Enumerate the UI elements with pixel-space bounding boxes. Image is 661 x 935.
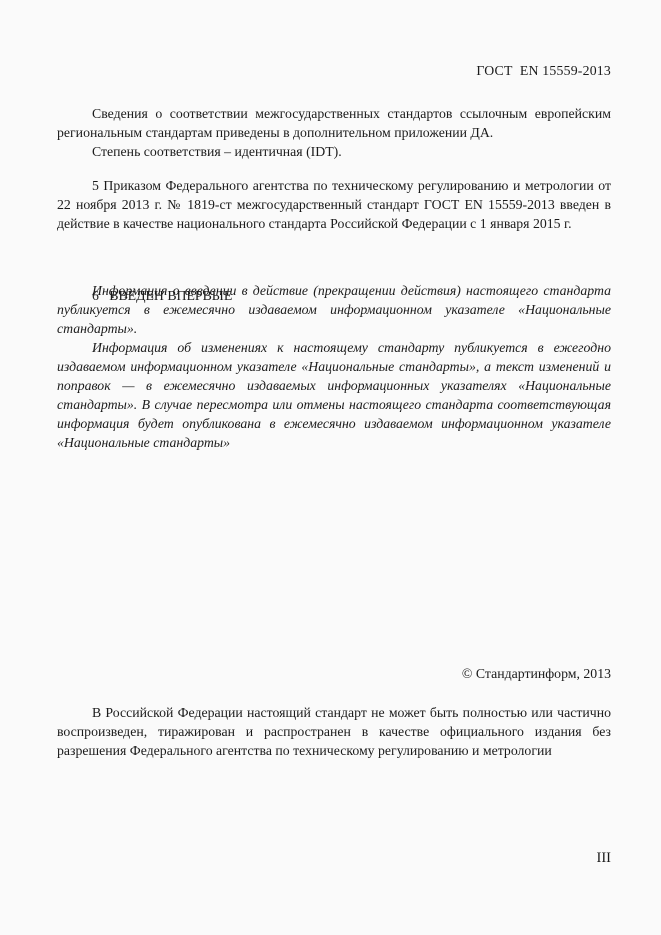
document-number-header: ГОСТ EN 15559-2013 [476,61,611,80]
copyright-line: © Стандартинформ, 2013 [57,664,611,683]
publication-notice-block-1: Информация о введении в действие (прекра… [57,281,611,338]
foreword-order-block: 5 Приказом Федерального агентства по тех… [57,176,611,233]
publication-notice-block-2: Информация об изменениях к настоящему ст… [57,338,611,452]
degree-of-correspondence-paragraph: Степень соответствия – идентичная (IDT). [57,142,611,161]
correspondence-paragraph: Сведения о соответствии межгосударственн… [57,104,611,142]
notice-paragraph-1: Информация о введении в действие (прекра… [57,281,611,338]
document-page: ГОСТ EN 15559-2013 Сведения о соответств… [0,0,661,935]
notice-paragraph-2: Информация об изменениях к настоящему ст… [57,338,611,452]
foreword-correspondence-block: Сведения о соответствии межгосударственн… [57,104,611,161]
reproduction-paragraph: В Российской Федерации настоящий стандар… [57,703,611,760]
order-paragraph: 5 Приказом Федерального агентства по тех… [57,176,611,233]
page-number: III [597,849,612,868]
reproduction-restriction-block: В Российской Федерации настоящий стандар… [57,703,611,760]
